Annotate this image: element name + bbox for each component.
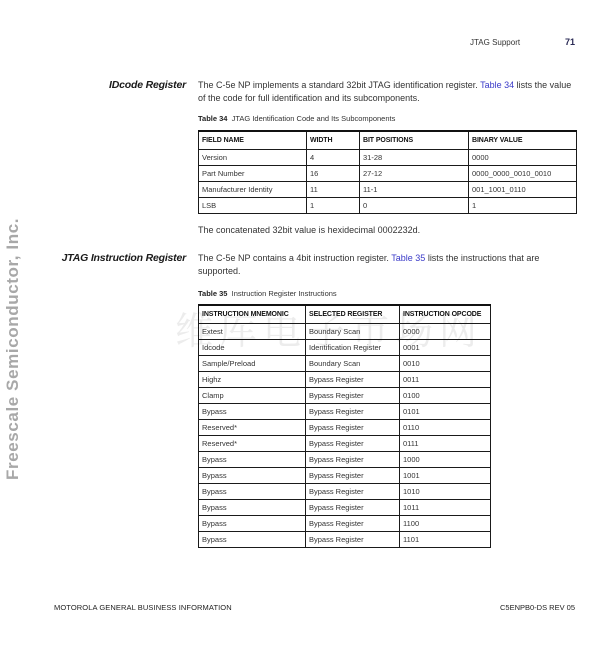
table-cell: Idcode	[199, 340, 306, 356]
table-cell: 1011	[400, 500, 491, 516]
table-row: LSB101	[199, 198, 577, 214]
table-cell: 0	[360, 198, 469, 214]
table-cell: Boundary Scan	[306, 356, 400, 372]
table-cell: 0000	[400, 324, 491, 340]
table-row: BypassBypass Register1001	[199, 468, 491, 484]
table-cell: 1000	[400, 452, 491, 468]
table-cell: 0010	[400, 356, 491, 372]
table-35-link[interactable]: Table 35	[391, 253, 425, 263]
table-cell: Extest	[199, 324, 306, 340]
column-header: BINARY VALUE	[469, 131, 577, 150]
table-cell: 16	[307, 166, 360, 182]
instruction-paragraph: The C-5e NP contains a 4bit instruction …	[198, 252, 573, 278]
table-35-caption: Table 35 Instruction Register Instructio…	[198, 289, 337, 298]
table-cell: 0000_0000_0010_0010	[469, 166, 577, 182]
table-row: BypassBypass Register1010	[199, 484, 491, 500]
table-cell: Bypass Register	[306, 500, 400, 516]
instruction-register-heading: JTAG Instruction Register	[40, 252, 186, 264]
table-cell: 0000	[469, 150, 577, 166]
column-header: FIELD NAME	[199, 131, 307, 150]
table-cell: 11	[307, 182, 360, 198]
table-cell: Bypass	[199, 404, 306, 420]
table-cell: Highz	[199, 372, 306, 388]
table-34-link[interactable]: Table 34	[480, 80, 514, 90]
table-row: Version431-280000	[199, 150, 577, 166]
table-cell: Bypass Register	[306, 372, 400, 388]
table-row: BypassBypass Register1011	[199, 500, 491, 516]
table-row: ExtestBoundary Scan0000	[199, 324, 491, 340]
table-row: Part Number1627-120000_0000_0010_0010	[199, 166, 577, 182]
table-cell: 0101	[400, 404, 491, 420]
table-cell: Bypass Register	[306, 388, 400, 404]
table-cell: 27-12	[360, 166, 469, 182]
table-cell: LSB	[199, 198, 307, 214]
idcode-heading: IDcode Register	[60, 79, 186, 91]
table-cell: Bypass Register	[306, 532, 400, 548]
table-35: INSTRUCTION MNEMONICSELECTED REGISTERINS…	[198, 304, 491, 548]
table-cell: Bypass Register	[306, 484, 400, 500]
table-cell: 0100	[400, 388, 491, 404]
table-cell: 0110	[400, 420, 491, 436]
table-cell: Version	[199, 150, 307, 166]
table-cell: Sample/Preload	[199, 356, 306, 372]
table-cell: 1001	[400, 468, 491, 484]
table-row: Reserved*Bypass Register0110	[199, 420, 491, 436]
table-cell: 1	[469, 198, 577, 214]
table-cell: Bypass Register	[306, 468, 400, 484]
table-cell: Boundary Scan	[306, 324, 400, 340]
table-cell: 1100	[400, 516, 491, 532]
table-cell: Manufacturer Identity	[199, 182, 307, 198]
page-number: 71	[565, 37, 575, 47]
table-cell: Bypass Register	[306, 404, 400, 420]
table-34-caption: Table 34 JTAG Identification Code and It…	[198, 114, 395, 123]
table-row: Reserved*Bypass Register0111	[199, 436, 491, 452]
table-cell: Bypass	[199, 452, 306, 468]
table-cell: Clamp	[199, 388, 306, 404]
table-cell: 4	[307, 150, 360, 166]
table-cell: 1010	[400, 484, 491, 500]
table-cell: Bypass	[199, 532, 306, 548]
column-header: INSTRUCTION MNEMONIC	[199, 305, 306, 324]
footer-right: C5ENPB0-DS REV 05	[500, 603, 575, 612]
table-cell: Bypass	[199, 500, 306, 516]
running-header-title: JTAG Support	[470, 38, 520, 47]
column-header: INSTRUCTION OPCODE	[400, 305, 491, 324]
table-row: Manufacturer Identity1111-1001_1001_0110	[199, 182, 577, 198]
table-row: BypassBypass Register0101	[199, 404, 491, 420]
table-cell: Part Number	[199, 166, 307, 182]
column-header: SELECTED REGISTER	[306, 305, 400, 324]
table-row: IdcodeIdentification Register0001	[199, 340, 491, 356]
table-34: FIELD NAMEWIDTHBIT POSITIONSBINARY VALUE…	[198, 130, 577, 214]
table-row: Sample/PreloadBoundary Scan0010	[199, 356, 491, 372]
table-row: ClampBypass Register0100	[199, 388, 491, 404]
table-cell: Reserved*	[199, 436, 306, 452]
column-header: WIDTH	[307, 131, 360, 150]
table-cell: 0001	[400, 340, 491, 356]
idcode-paragraph: The C-5e NP implements a standard 32bit …	[198, 79, 573, 105]
table-cell: 0111	[400, 436, 491, 452]
table-cell: 31-28	[360, 150, 469, 166]
table-row: BypassBypass Register1100	[199, 516, 491, 532]
footer-left: MOTOROLA GENERAL BUSINESS INFORMATION	[54, 603, 232, 612]
table-cell: Bypass Register	[306, 452, 400, 468]
concatenated-value-text: The concatenated 32bit value is hexideci…	[198, 224, 573, 237]
table-row: BypassBypass Register1000	[199, 452, 491, 468]
column-header: BIT POSITIONS	[360, 131, 469, 150]
table-cell: Bypass Register	[306, 420, 400, 436]
table-cell: Bypass Register	[306, 436, 400, 452]
table-cell: Identification Register	[306, 340, 400, 356]
table-cell: Bypass	[199, 484, 306, 500]
table-cell: Bypass Register	[306, 516, 400, 532]
vertical-brand-text: Freescale Semiconductor, Inc.	[3, 218, 23, 480]
table-cell: Bypass	[199, 516, 306, 532]
table-cell: 11-1	[360, 182, 469, 198]
table-row: HighzBypass Register0011	[199, 372, 491, 388]
table-row: BypassBypass Register1101	[199, 532, 491, 548]
table-cell: Bypass	[199, 468, 306, 484]
table-cell: 1101	[400, 532, 491, 548]
table-cell: 0011	[400, 372, 491, 388]
table-cell: 001_1001_0110	[469, 182, 577, 198]
table-cell: 1	[307, 198, 360, 214]
table-cell: Reserved*	[199, 420, 306, 436]
